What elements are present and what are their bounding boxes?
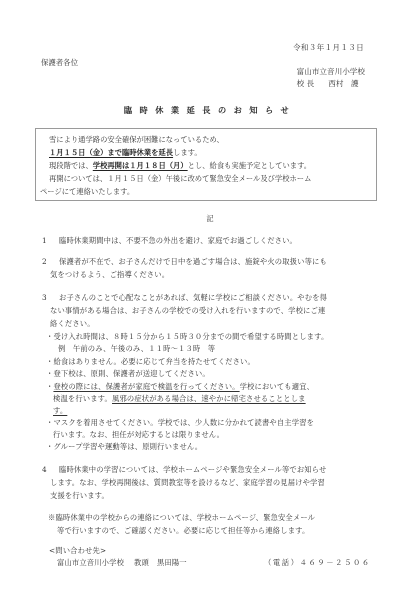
bullet-group: ・グループ学習や運動等は、原則行いません。 <box>46 443 202 450</box>
bullet-lunch: ・給食はありません。必要に応じて弁当を持たせてください。 <box>46 358 255 365</box>
list-item-4-line-2: します。なお、学校再開後は、質問教室等を設けるなど、家庭学習の見届けや学習 <box>50 479 325 486</box>
list-item-2-line-2: 気をつけるよう、ご指導ください。 <box>50 271 169 278</box>
temperature-highlight: 登校の際には、保護者が家庭で検温を行ってください。 <box>53 382 239 391</box>
list-item-4: 4臨時休業中の学習については、学校ホームページや緊急安全メール等でお知らせ <box>42 466 326 473</box>
document-date: 令和３年１月１３日 <box>293 44 364 52</box>
temperature-line-2-prefix: 検温を行います。 <box>53 394 112 403</box>
bullet-temperature-line-3: す。 <box>53 407 67 414</box>
phone-number: ４６９－２５０６ <box>300 558 371 567</box>
extension-highlight: １月１５日（金）まで臨時休業を延長 <box>49 148 173 157</box>
bullet-temperature: ・登校の際には、保護者が家庭で検温を行ってください。学校においても適宜、 <box>46 383 314 390</box>
reopen-highlight: 学校再開は１月１８日（月） <box>93 161 188 170</box>
note-line-1: ※臨時休業中の学校からの連絡については、学校ホームページ、緊急安全メール <box>48 514 315 521</box>
list-item-3: 3お子さんのことで心配なことがあれば、気軽に学校にご相談ください。やむを得 <box>42 294 327 301</box>
document-title: 臨時休業延長のお知らせ <box>0 106 420 114</box>
list-item-4-line-3: 支援を行います。 <box>50 492 109 499</box>
notice-line-3-prefix: 現段階では、 <box>49 161 93 170</box>
symptom-highlight: 風邪の症状がある場合は、速やかに帰宅させることとしま <box>112 394 306 403</box>
temperature-rest: 学校においても適宜、 <box>240 382 314 391</box>
addressee: 保護者各位 <box>41 59 78 66</box>
notice-line-5: ページにて連絡いたします。 <box>40 188 134 195</box>
contact-school: 富山市立音川小学校 <box>57 558 124 567</box>
contact-name: 黒田陽一 <box>157 558 187 567</box>
contact-phone-line: （電話）４６９－２５０６ <box>264 559 371 566</box>
notice-box: 雪により通学路の安全確保が困難になっているため、 １月１５日（金）まで臨時休業を… <box>35 128 377 201</box>
contact-role: 教頭 <box>134 558 149 567</box>
notice-line-3: 現段階では、学校再開は１月１８日（月）とし、給食も実施予定としています。 <box>49 162 311 169</box>
bullet-mask-line-2: 行います。なお、担任が対応するとは限りません。 <box>53 431 224 438</box>
bullet-mask: ・マスクを着用させてください。学校では、少人数に分かれて読書や自主学習を <box>46 419 314 426</box>
list-item-3-line-3: 絡ください。 <box>50 320 95 327</box>
bullet-commute: ・登下校は、原則、保護者が送迎してください。 <box>46 370 210 377</box>
list-item-3-line-2: ない事情がある場合は、お子さんの学校での受け入れを行いますので、学校にご連 <box>50 307 325 314</box>
bullet-hours: ・受け入れ時間は、８時１５分から１５時３０分までの間で希望する時間とします。 <box>46 333 328 340</box>
item-number: 2 <box>42 258 59 265</box>
notice-line-1: 雪により通学路の安全確保が困難になっているため、 <box>49 136 224 143</box>
notice-line-2: １月１５日（金）まで臨時休業を延長します。 <box>49 149 202 156</box>
notice-line-4: 再開については、１月１５日（金）午後に改めて緊急安全メール及び学校ホーム <box>49 175 311 182</box>
principal-title: 校 長 <box>297 80 315 88</box>
phone-label: （電話） <box>264 558 300 567</box>
contact-line: 富山市立音川小学校教頭黒田陽一 <box>57 559 187 566</box>
list-item-1: 1臨時休業期間中は、不要不急の外出を避け、家庭でお過ごしください。 <box>42 237 297 244</box>
item-number: 1 <box>42 237 59 244</box>
list-item-2: 2保護者が不在で、お子さんだけで日中を過ごす場合は、施錠や火の取扱い等にも <box>42 258 327 265</box>
principal-name: 西村 護 <box>328 80 358 88</box>
contact-heading: <問い合わせ先> <box>49 547 106 554</box>
item-text: 臨時休業中の学習については、学校ホームページや緊急安全メール等でお知らせ <box>59 465 326 474</box>
symptom-highlight-end: す。 <box>53 406 67 415</box>
notice-line-3-rest: とし、給食も実施予定としています。 <box>188 161 311 170</box>
ki-heading: 記 <box>0 215 420 222</box>
item-number: 3 <box>42 294 59 301</box>
item-text: 臨時休業期間中は、不要不急の外出を避け、家庭でお過ごしください。 <box>59 236 297 245</box>
bullet-temperature-line-2: 検温を行います。風邪の症状がある場合は、速やかに帰宅させることとしま <box>53 395 306 402</box>
item-text: 保護者が不在で、お子さんだけで日中を過ごす場合は、施錠や火の取扱い等にも <box>59 257 327 266</box>
principal-line: 校 長西村 護 <box>297 80 365 92</box>
item-number: 4 <box>42 466 59 473</box>
sender-block: 富山市立音川小学校 校 長西村 護 <box>297 68 365 92</box>
note-line-2: 等で行いますので、ご確認ください。必要に応じて担任等から連絡します。 <box>57 527 309 534</box>
notice-line-2-rest: します。 <box>173 148 202 157</box>
item-text: お子さんのことで心配なことがあれば、気軽に学校にご相談ください。やむを得 <box>59 293 327 302</box>
bullet-hours-example: 例 午前のみ、午後のみ、１１時～１３時 等 <box>58 345 215 352</box>
